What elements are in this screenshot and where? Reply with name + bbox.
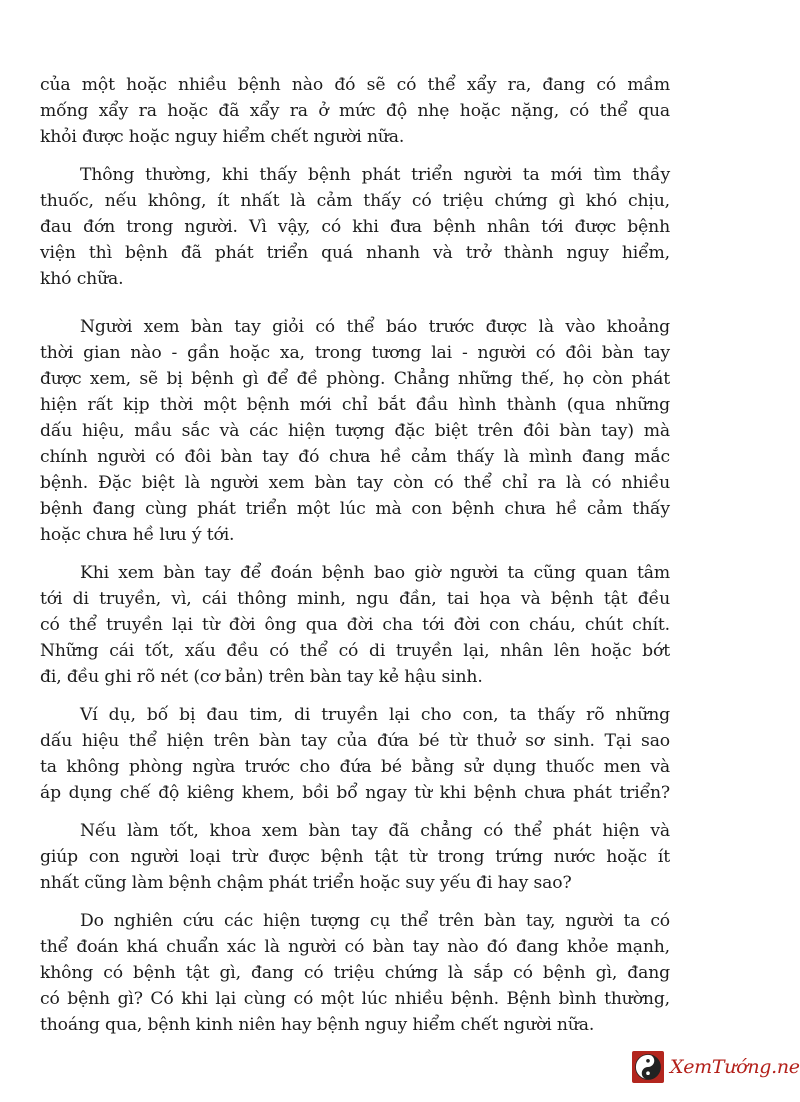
text-line: ta không phòng ngừa trước cho đứa bé bằn… xyxy=(40,754,670,780)
text-line: hiện rất kịp thời một bệnh mới chỉ bắt đ… xyxy=(40,392,670,418)
text-line: thoáng qua, bệnh kinh niên hay bệnh nguy… xyxy=(40,1012,670,1038)
text-line: Do nghiên cứu các hiện tượng cụ thể trên… xyxy=(40,908,670,934)
text-line: được xem, sẽ bị bệnh gì để đề phòng. Chẳ… xyxy=(40,366,670,392)
yin-yang-icon xyxy=(632,1051,664,1083)
text-line: Những cái tốt, xấu đều có thể có di truy… xyxy=(40,638,670,664)
text-line: tới di truyền, vì, cái thông minh, ngu đ… xyxy=(40,586,670,612)
text-line: dấu hiệu, mầu sắc và các hiện tượng đặc … xyxy=(40,418,670,444)
text-line: Ví dụ, bố bị đau tim, di truyền lại cho … xyxy=(40,702,670,728)
text-line: đi, đều ghi rõ nét (cơ bản) trên bàn tay… xyxy=(40,664,670,690)
text-line: thuốc, nếu không, ít nhất là cảm thấy có… xyxy=(40,188,670,214)
book-page: của một hoặc nhiều bệnh nào đó sẽ có thể… xyxy=(40,72,670,1050)
text-line: của một hoặc nhiều bệnh nào đó sẽ có thể… xyxy=(40,72,670,98)
text-line: Nếu làm tốt, khoa xem bàn tay đã chẳng c… xyxy=(40,818,670,844)
text-line: chính người có đôi bàn tay đó chưa hề cả… xyxy=(40,444,670,470)
paragraph-3: Người xem bàn tay giỏi có thể báo trước … xyxy=(40,314,670,548)
text-line: khỏi được hoặc nguy hiểm chết người nữa. xyxy=(40,124,670,150)
text-line: có thể truyền lại từ đời ông qua đời cha… xyxy=(40,612,670,638)
text-line: dấu hiệu thể hiện trên bàn tay của đứa b… xyxy=(40,728,670,754)
text-line: bệnh. Đặc biệt là người xem bàn tay còn … xyxy=(40,470,670,496)
text-line: thể đoán khá chuẩn xác là người có bàn t… xyxy=(40,934,670,960)
paragraph-5: Ví dụ, bố bị đau tim, di truyền lại cho … xyxy=(40,702,670,806)
paragraph-2: Thông thường, khi thấy bệnh phát triển n… xyxy=(40,162,670,292)
text-line: đau đớn trong người. Vì vậy, có khi đưa … xyxy=(40,214,670,240)
text-line: giúp con người loại trừ được bệnh tật từ… xyxy=(40,844,670,870)
watermark-text: XemTướng.net xyxy=(670,1056,800,1078)
text-line: mống xẩy ra hoặc đã xẩy ra ở mức độ nhẹ … xyxy=(40,98,670,124)
text-line: Thông thường, khi thấy bệnh phát triển n… xyxy=(40,162,670,188)
text-line: hoặc chưa hề lưu ý tới. xyxy=(40,522,670,548)
text-line: thời gian nào - gần hoặc xa, trong tương… xyxy=(40,340,670,366)
paragraph-4: Khi xem bàn tay để đoán bệnh bao giờ ngư… xyxy=(40,560,670,690)
paragraph-1: của một hoặc nhiều bệnh nào đó sẽ có thể… xyxy=(40,72,670,150)
paragraph-7: Do nghiên cứu các hiện tượng cụ thể trên… xyxy=(40,908,670,1038)
text-line: áp dụng chế độ kiêng khem, bồi bổ ngay t… xyxy=(40,780,670,806)
paragraph-6: Nếu làm tốt, khoa xem bàn tay đã chẳng c… xyxy=(40,818,670,896)
text-line: có bệnh gì? Có khi lại cùng có một lúc n… xyxy=(40,986,670,1012)
text-line: không có bệnh tật gì, đang có triệu chứn… xyxy=(40,960,670,986)
text-line: viện thì bệnh đã phát triển quá nhanh và… xyxy=(40,240,670,266)
text-line: nhất cũng làm bệnh chậm phát triển hoặc … xyxy=(40,870,670,896)
text-line: khó chữa. xyxy=(40,266,670,292)
watermark-logo: XemTướng.net xyxy=(632,1050,800,1084)
text-line: Khi xem bàn tay để đoán bệnh bao giờ ngư… xyxy=(40,560,670,586)
text-line: bệnh đang cùng phát triển một lúc mà con… xyxy=(40,496,670,522)
text-line: Người xem bàn tay giỏi có thể báo trước … xyxy=(40,314,670,340)
